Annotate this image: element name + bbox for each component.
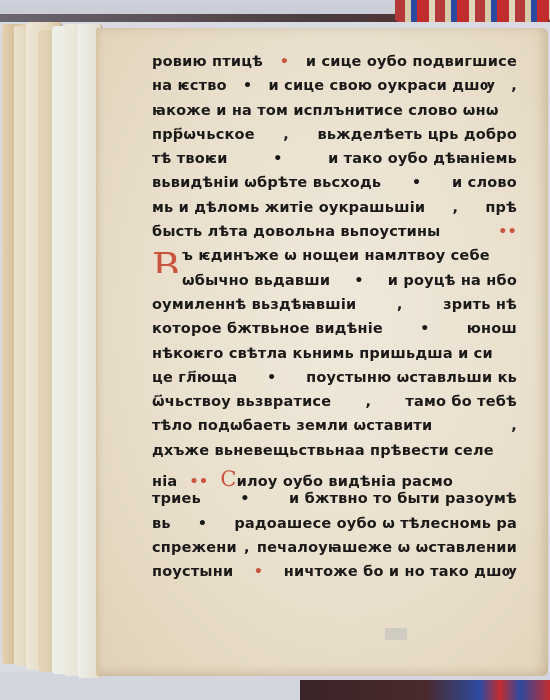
text-segment: триeь — [152, 491, 201, 507]
text-segment: радоашесе оубо ѡ тѣлесномь ра — [234, 516, 517, 532]
text-segment: тѣло подѡбаеть земли ѡставити — [152, 418, 432, 434]
red-inline-initial: С — [220, 467, 236, 491]
textile-cover-bottom — [300, 680, 550, 700]
punctuation: • — [240, 491, 249, 507]
text-segment: илоу оубо видѣнiа расмо — [237, 474, 454, 490]
punctuation: , — [511, 78, 517, 94]
red-punctuation: • — [280, 54, 289, 70]
red-punctuation: •• — [189, 474, 208, 490]
text-segment: ничтоже бо и но тако дшѹ — [284, 564, 517, 580]
text-line: В ъ ѥдинъже ѡ нощеи намлтвоу себе — [152, 248, 517, 272]
punctuation: • — [354, 273, 363, 289]
text-segment: печалоуꙗшеже ѡ ѡставлении — [257, 540, 517, 556]
text-segment: поустыни — [152, 564, 233, 580]
punctuation: • — [412, 175, 421, 191]
text-segment: ѡбычно вьдавши — [152, 273, 330, 289]
text-line: которое бжтвьное видѣнiе • юнош — [152, 321, 517, 345]
text-line: ѡ҃чьствоу вьзвратисе , тамо бо тебѣ — [152, 394, 517, 418]
text-segment: мь и дѣломь житiе оукрашьшiи — [152, 200, 425, 216]
text-segment: на ѥство — [152, 78, 227, 94]
text-segment: дхъже вьневещьствьнаа прѣвести селе — [152, 443, 494, 459]
punctuation: • — [243, 78, 252, 94]
text-segment: нiа — [152, 474, 177, 490]
text-line: дхъже вьневещьствьнаа прѣвести селе — [152, 443, 517, 467]
red-punctuation: •• — [498, 224, 517, 240]
text-segment: зрить нѣ — [443, 297, 517, 313]
punctuation: • — [273, 151, 282, 167]
text-segment: прр҃ѡчьское — [152, 127, 255, 143]
text-segment: ѡ҃чьствоу вьзвратисе — [152, 394, 331, 410]
text-segment: которое бжтвьное видѣнiе — [152, 321, 383, 337]
text-line: вь • радоашесе оубо ѡ тѣлесномь ра — [152, 516, 517, 540]
text-line: триeь • и бжтвно то быти разоумѣ — [152, 491, 517, 515]
punctuation: , — [452, 200, 458, 216]
text-line: мь и дѣломь житiе оукрашьшiи , прѣ — [152, 200, 517, 224]
text-segment: нѣкоѥго свѣтла кьнимь пришьдша и си — [152, 346, 493, 362]
text-segment: и слово — [452, 175, 517, 191]
page-signature-mark — [385, 628, 407, 640]
textile-cover-top — [395, 0, 550, 22]
text-line: прр҃ѡчьское , вьжделѣеть црь добро — [152, 127, 517, 151]
text-segment: и роуцѣ на нбо — [388, 273, 517, 289]
text-line: нiа •• Силоу оубо видѣнiа расмо — [152, 467, 517, 491]
text-segment: тѣ твоѥи — [152, 151, 228, 167]
text-segment: вьвидѣнiи ѡбрѣте вьсходь — [152, 175, 381, 191]
red-punctuation: • — [254, 564, 263, 580]
punctuation: , — [365, 394, 371, 410]
text-line: ѡбычно вьдавши • и роуцѣ на нбо — [152, 273, 517, 297]
text-segment: вьжделѣеть црь добро — [317, 127, 517, 143]
text-segment: тамо бо тебѣ — [405, 394, 517, 410]
page-text: ровию птицѣ • и сице оубо подвигшисе на … — [152, 54, 517, 589]
text-segment: и сице свою оукраси дшѹ — [269, 78, 496, 94]
text-line: це гл҃юща • поустыню ѡставльши кь — [152, 370, 517, 394]
text-line: ровию птицѣ • и сице оубо подвигшисе — [152, 54, 517, 78]
text-line: ꙗкоже и на том исплънитисе слово ѡнѡ — [152, 103, 517, 127]
text-segment: и тако оубо дѣꙗнiемь — [328, 151, 517, 167]
text-segment: спрежени — [152, 540, 237, 556]
text-segment: вь — [152, 516, 171, 532]
text-segment: бысть лѣта довольна вьпоустины — [152, 224, 441, 240]
punctuation: • — [267, 370, 276, 386]
punctuation: , — [244, 540, 250, 556]
text-segment: и бжтвно то быти разоумѣ — [289, 491, 517, 507]
punctuation: , — [511, 418, 517, 434]
text-segment: и сице оубо подвигшисе — [306, 54, 517, 70]
text-line: поустыни • ничтоже бо и но тако дшѹ — [152, 564, 517, 588]
text-segment: ꙗкоже и на том исплънитисе слово ѡнѡ — [152, 103, 499, 119]
text-segment: ровию птицѣ — [152, 54, 263, 70]
text-segment: оумиленнѣ вьздѣꙗвшiи — [152, 297, 356, 313]
text-segment: юнош — [467, 321, 517, 337]
punctuation: , — [283, 127, 289, 143]
punctuation: , — [397, 297, 403, 313]
text-line: бысть лѣта довольна вьпоустины •• — [152, 224, 517, 248]
text-segment: прѣ — [485, 200, 517, 216]
punctuation: • — [198, 516, 207, 532]
text-line: нѣкоѥго свѣтла кьнимь пришьдша и си — [152, 346, 517, 370]
text-line: оумиленнѣ вьздѣꙗвшiи , зрить нѣ — [152, 297, 517, 321]
text-line: тѣло подѡбаеть земли ѡставити , — [152, 418, 517, 442]
text-line: вьвидѣнiи ѡбрѣте вьсходь • и слово — [152, 175, 517, 199]
punctuation: • — [420, 321, 429, 337]
text-line: спрежени , печалоуꙗшеже ѡ ѡставлении — [152, 540, 517, 564]
text-segment: ъ ѥдинъже ѡ нощеи намлтвоу себе — [152, 248, 490, 264]
text-segment: поустыню ѡставльши кь — [306, 370, 517, 386]
text-line: на ѥство • и сице свою оукраси дшѹ , — [152, 78, 517, 102]
text-segment: це гл҃юща — [152, 370, 237, 386]
red-drop-initial: В — [152, 248, 180, 272]
text-line: тѣ твоѥи • и тако оубо дѣꙗнiемь — [152, 151, 517, 175]
